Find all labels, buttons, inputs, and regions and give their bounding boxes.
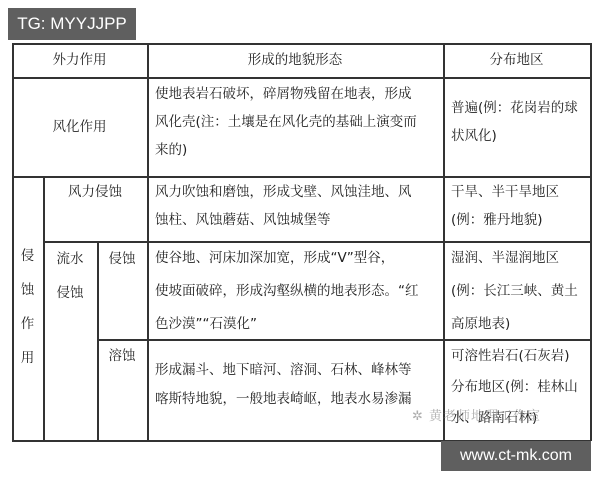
row-wind-erosion-landform: 风力吹蚀和磨蚀，形成戈壁、风蚀洼地、风 蚀柱、风蚀蘑菇、风蚀城堡等 <box>147 178 443 234</box>
text-line: 干旱、半干旱地区 <box>451 178 582 206</box>
text-line: (例：雅丹地貌) <box>451 206 582 234</box>
text-line: 高原地表) <box>451 308 582 341</box>
header-region: 分布地区 <box>443 43 590 77</box>
text-char: 作 <box>20 307 35 341</box>
text-line: 来的) <box>155 136 435 164</box>
text-line: 使坡面破碎，形成沟壑纵横的地表形态。“红 <box>155 275 435 308</box>
tag-label: TG: MYYJJPP <box>8 8 136 40</box>
text-line: (例：长江三峡、黄土 <box>451 275 582 308</box>
text-line: 喀斯特地貌，一般地表崎岖，地表水易渗漏 <box>155 385 435 414</box>
row-erosion-region: 湿润、半湿润地区 (例：长江三峡、黄土 高原地表) <box>443 242 590 341</box>
row-erosion-action: 侵蚀 <box>97 242 147 276</box>
erosion-group-label: 侵 蚀 作 用 <box>12 239 43 375</box>
text-line: 色沙漠”“石漠化” <box>155 308 435 341</box>
row-wind-erosion-region: 干旱、半干旱地区 (例：雅丹地貌) <box>443 178 590 234</box>
text-line: 流水 <box>43 242 97 276</box>
row-wind-erosion-action: 风力侵蚀 <box>43 178 147 206</box>
row-weathering-region: 普遍(例：花岗岩的球 状风化) <box>443 94 590 150</box>
text-line: 使地表岩石破坏，碎屑物残留在地表，形成 <box>155 80 435 108</box>
text-line: 侵蚀 <box>43 276 97 310</box>
header-external-force: 外力作用 <box>12 43 147 77</box>
text-char: 侵 <box>20 239 35 273</box>
row-dissolution-landform: 形成漏斗、地下暗河、溶洞、石林、峰林等 喀斯特地貌，一般地表崎岖，地表水易渗漏 <box>147 356 443 414</box>
text-char: 蚀 <box>20 273 35 307</box>
text-line: 使谷地、河床加深加宽，形成“V”型谷， <box>155 242 435 275</box>
text-line: 湿润、半湿润地区 <box>451 242 582 275</box>
row-weathering-action: 风化作用 <box>12 77 147 176</box>
text-line: 可溶性岩石(石灰岩) <box>451 341 582 372</box>
text-line: 蚀柱、风蚀蘑菇、风蚀城堡等 <box>155 206 435 234</box>
text-char: 用 <box>20 341 35 375</box>
watermark-label: 黄老师地理工作室 <box>429 409 541 424</box>
water-erosion-label: 流水 侵蚀 <box>43 242 97 310</box>
text-line: 形成漏斗、地下暗河、溶洞、石林、峰林等 <box>155 356 435 385</box>
site-label: www.ct-mk.com <box>441 441 591 471</box>
text-line: 风力吹蚀和磨蚀，形成戈壁、风蚀洼地、风 <box>155 178 435 206</box>
header-landform: 形成的地貌形态 <box>147 43 443 77</box>
watermark-text: ✲ 黄老师地理工作室 <box>412 405 541 424</box>
text-line: 状风化) <box>451 122 582 150</box>
wechat-icon: ✲ <box>412 409 429 424</box>
text-line: 风化壳(注：土壤是在风化壳的基础上演变而 <box>155 108 435 136</box>
text-line: 普遍(例：花岗岩的球 <box>451 94 582 122</box>
text-line: 分布地区(例：桂林山 <box>451 372 582 403</box>
row-dissolution-action: 溶蚀 <box>97 341 147 371</box>
row-weathering-landform: 使地表岩石破坏，碎屑物残留在地表，形成 风化壳(注：土壤是在风化壳的基础上演变而… <box>147 80 443 164</box>
landform-table: 外力作用 形成的地貌形态 分布地区 风化作用 使地表岩石破坏，碎屑物残留在地表，… <box>12 43 591 441</box>
row-erosion-landform: 使谷地、河床加深加宽，形成“V”型谷， 使坡面破碎，形成沟壑纵横的地表形态。“红… <box>147 242 443 341</box>
